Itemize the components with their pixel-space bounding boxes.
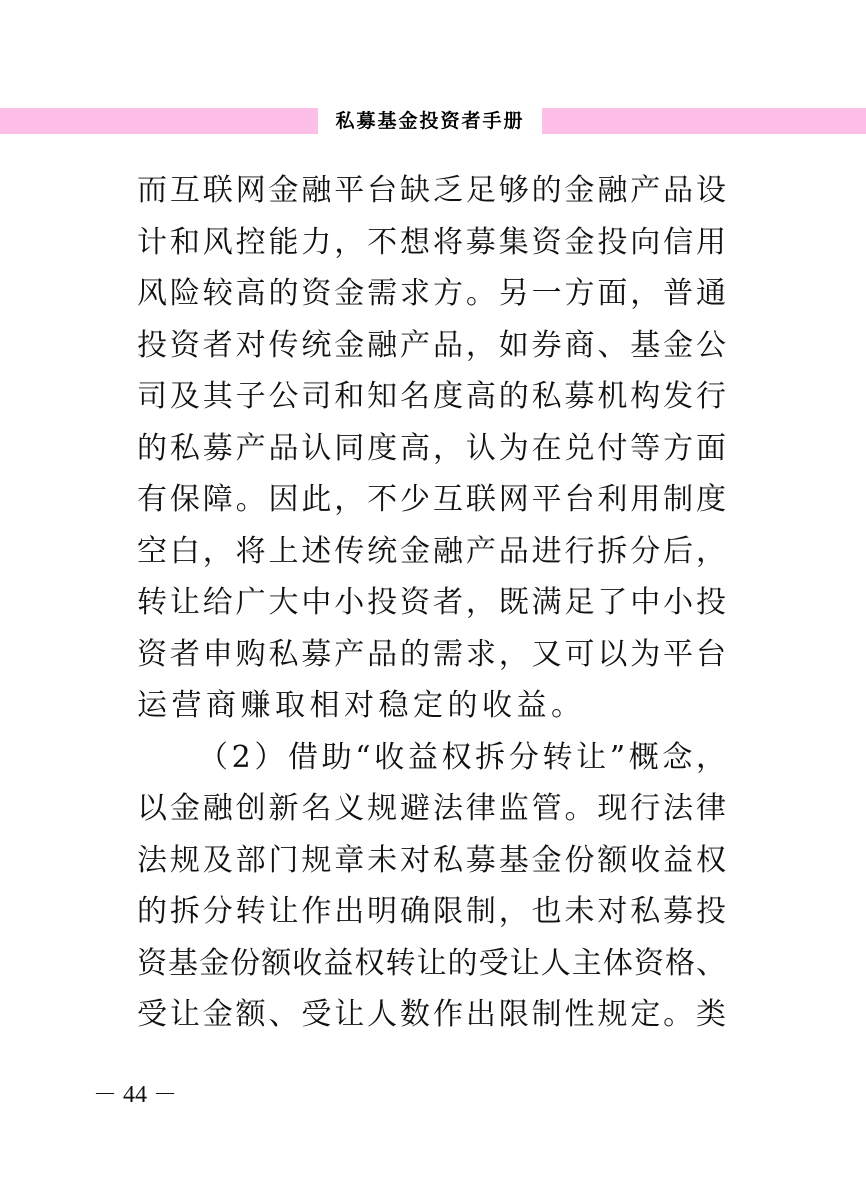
book-title: 私募基金投资者手册 (318, 105, 542, 137)
text-line: 的拆分转让作出明确限制，也未对私募投 (137, 889, 727, 941)
text-line: 风险较高的资金需求方。另一方面，普通 (137, 271, 727, 323)
paragraph-heading-line: （2）借助“收益权拆分转让”概念， (137, 735, 727, 787)
text-line: 转让给广大中小投资者，既满足了中小投 (137, 580, 727, 632)
text-line: 资者申购私募产品的需求，又可以为平台 (137, 632, 727, 684)
text-line: 空白，将上述传统金融产品进行拆分后， (137, 529, 727, 581)
paragraph-end-line: 运营商赚取相对稳定的收益。 (137, 683, 727, 735)
text-line: 以金融创新名义规避法律监管。现行法律 (137, 786, 727, 838)
text-line: 计和风控能力，不想将募集资金投向信用 (137, 220, 727, 272)
header-decor-bar-right (542, 108, 866, 134)
text-line: 司及其子公司和知名度高的私募机构发行 (137, 374, 727, 426)
text-line: 的私募产品认同度高，认为在兑付等方面 (137, 426, 727, 478)
text-line: 有保障。因此，不少互联网平台利用制度 (137, 477, 727, 529)
text-line: 资基金份额收益权转让的受让人主体资格、 (137, 941, 727, 993)
text-line: 而互联网金融平台缺乏足够的金融产品设 (137, 168, 727, 220)
running-header: 私募基金投资者手册 (0, 108, 866, 134)
body-text: 而互联网金融平台缺乏足够的金融产品设 计和风控能力，不想将募集资金投向信用 风险… (137, 168, 727, 1044)
text-line: 法规及部门规章未对私募基金份额收益权 (137, 838, 727, 890)
header-decor-bar-left (0, 108, 318, 134)
text-line: 受让金额、受让人数作出限制性规定。类 (137, 992, 727, 1044)
text-line: 投资者对传统金融产品，如券商、基金公 (137, 323, 727, 375)
page-number: － 44 － (93, 1074, 177, 1109)
